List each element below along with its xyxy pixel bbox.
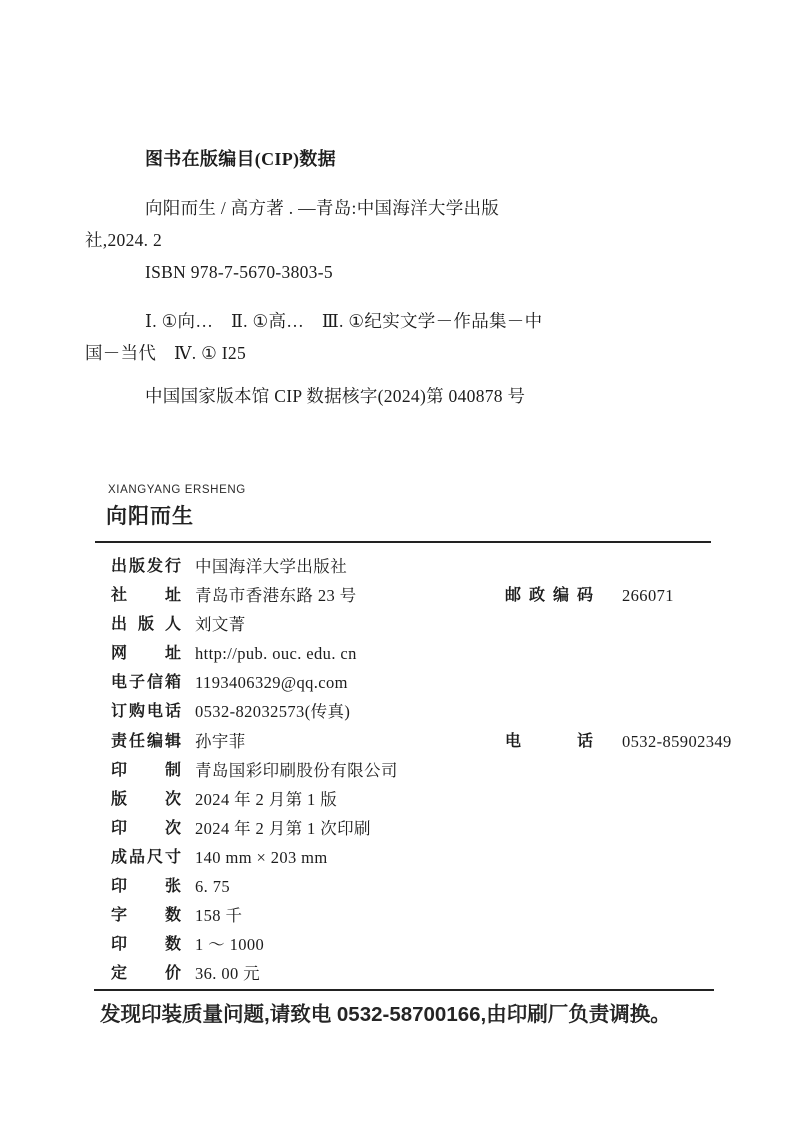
colophon-label: 印数 [111,930,181,959]
colophon-table: 出版发行 中国海洋大学出版社 社址 青岛市香港东路 23 号 邮政编码 2660… [0,552,799,988]
colophon-row-word-count: 字数 158 千 [0,901,799,930]
cip-classification-line1: Ⅰ. ①向… Ⅱ. ①高… Ⅲ. ①纪实文学－作品集－中 [85,305,650,337]
colophon-value: 1 ～ 1000 [195,930,264,959]
colophon-row-website: 网址 http://pub. ouc. edu. cn [0,639,799,668]
colophon-label: 社址 [111,581,181,610]
colophon-value: 孙宇菲 [195,727,246,756]
colophon-label: 定价 [111,959,181,988]
colophon-row-size: 成品尺寸 140 mm × 203 mm [0,843,799,872]
colophon-value: 158 千 [195,901,242,930]
colophon-value: 刘文菁 [195,610,246,639]
colophon-label: 出版发行 [111,552,181,581]
print-quality-notice: 发现印装质量问题,请致电 0532-58700166,由印刷厂负责调换。 [100,997,671,1027]
colophon-value: 2024 年 2 月第 1 版 [195,785,337,814]
cip-publication-line1: 向阳而生 / 高方著 . —青岛:中国海洋大学出版 [85,192,650,224]
colophon-label: 责任编辑 [111,727,181,756]
colophon-row-print-run: 印数 1 ～ 1000 [0,930,799,959]
divider-top [95,541,711,543]
colophon-row-impression: 印次 2024 年 2 月第 1 次印刷 [0,814,799,843]
colophon-value-phone: 0532-85902349 [622,727,732,756]
colophon-label: 出版人 [111,610,181,639]
colophon-label: 印次 [111,814,181,843]
colophon-row-order-phone: 订购电话 0532-82032573(传真) [0,697,799,726]
colophon-value: 青岛市香港东路 23 号 [195,581,357,610]
colophon-row-printer: 印制 青岛国彩印刷股份有限公司 [0,756,799,785]
colophon-row-price: 定价 36. 00 元 [0,959,799,988]
colophon-row-email: 电子信箱 1193406329@qq.com [0,668,799,697]
colophon-label: 成品尺寸 [111,843,181,872]
colophon-value: 36. 00 元 [195,959,260,988]
colophon-value-url: http://pub. ouc. edu. cn [195,639,357,668]
colophon-label: 网址 [111,639,181,668]
colophon-value: 140 mm × 203 mm [195,843,328,872]
colophon-label: 电子信箱 [111,668,181,697]
colophon-label-postcode: 邮政编码 [505,581,593,610]
cip-data-block: 图书在版编目(CIP)数据 向阳而生 / 高方著 . —青岛:中国海洋大学出版 … [85,143,650,412]
cip-header: 图书在版编目(CIP)数据 [85,143,650,175]
colophon-value: 6. 75 [195,872,230,901]
colophon-label: 字数 [111,901,181,930]
colophon-row-editor: 责任编辑 孙宇菲 电话 0532-85902349 [0,727,799,756]
book-title-pinyin: XIANGYANG ERSHENG [108,484,246,496]
colophon-value: 0532-82032573(传真) [195,697,350,726]
colophon-row-edition: 版次 2024 年 2 月第 1 版 [0,785,799,814]
colophon-label-phone: 电话 [505,727,593,756]
book-title: 向阳而生 [106,500,194,530]
colophon-value: 青岛国彩印刷股份有限公司 [195,756,398,785]
divider-bottom [94,989,714,991]
colophon-value-email: 1193406329@qq.com [195,668,348,697]
cip-classification-line2: 国－当代 Ⅳ. ① I25 [85,337,650,369]
colophon-value: 中国海洋大学出版社 [195,552,347,581]
cip-isbn: ISBN 978-7-5670-3803-5 [85,256,650,288]
cip-record-number: 中国国家版本馆 CIP 数据核字(2024)第 040878 号 [85,380,650,412]
colophon-label: 印张 [111,872,181,901]
colophon-value-postcode: 266071 [622,581,674,610]
colophon-row-publisher: 出版发行 中国海洋大学出版社 [0,552,799,581]
cip-publication-line2: 社,2024. 2 [85,224,650,256]
colophon-row-address: 社址 青岛市香港东路 23 号 邮政编码 266071 [0,581,799,610]
colophon-row-sheets: 印张 6. 75 [0,872,799,901]
colophon-label: 版次 [111,785,181,814]
colophon-value: 2024 年 2 月第 1 次印刷 [195,814,371,843]
colophon-label: 印制 [111,756,181,785]
colophon-row-publisher-person: 出版人 刘文菁 [0,610,799,639]
colophon-label: 订购电话 [111,697,181,726]
